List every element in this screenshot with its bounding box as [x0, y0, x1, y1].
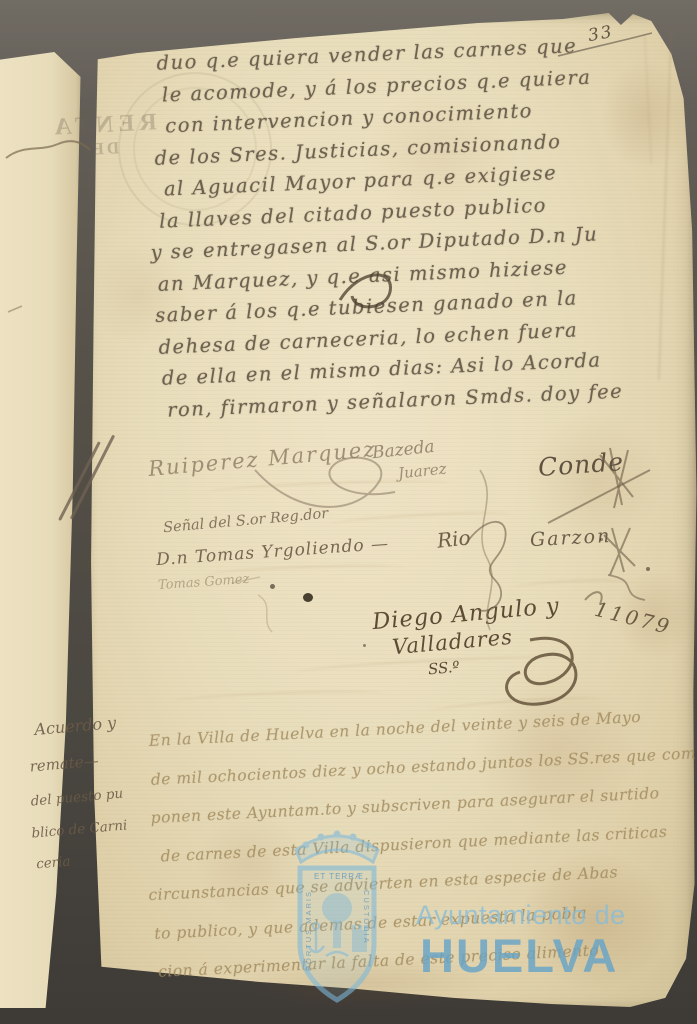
- ink-blot: [270, 584, 275, 589]
- signature-conde: Conde: [537, 447, 625, 482]
- ink-blot: [600, 538, 603, 541]
- signature-diego-angulo: SS.º: [427, 658, 460, 679]
- ink-blot: [303, 593, 313, 602]
- stamp-bleedthrough-line: RENTA: [49, 109, 158, 142]
- archive-scan-viewport: RENTA DE 33 duo q.e quiera vender las ca…: [0, 0, 697, 1024]
- stamp-bleedthrough: RENTA DE: [49, 109, 159, 162]
- margin-note: Acuerdo y remate— del puesto pu blico de…: [23, 701, 167, 881]
- acta-paragraph: En la Villa de Huelva en la noche del ve…: [148, 695, 697, 991]
- signature-rio: Rio: [436, 525, 472, 552]
- ink-blot: [646, 567, 650, 571]
- main-text-block: duo q.e quiera vender las carnes que le …: [150, 28, 651, 426]
- ink-blot: [363, 644, 366, 647]
